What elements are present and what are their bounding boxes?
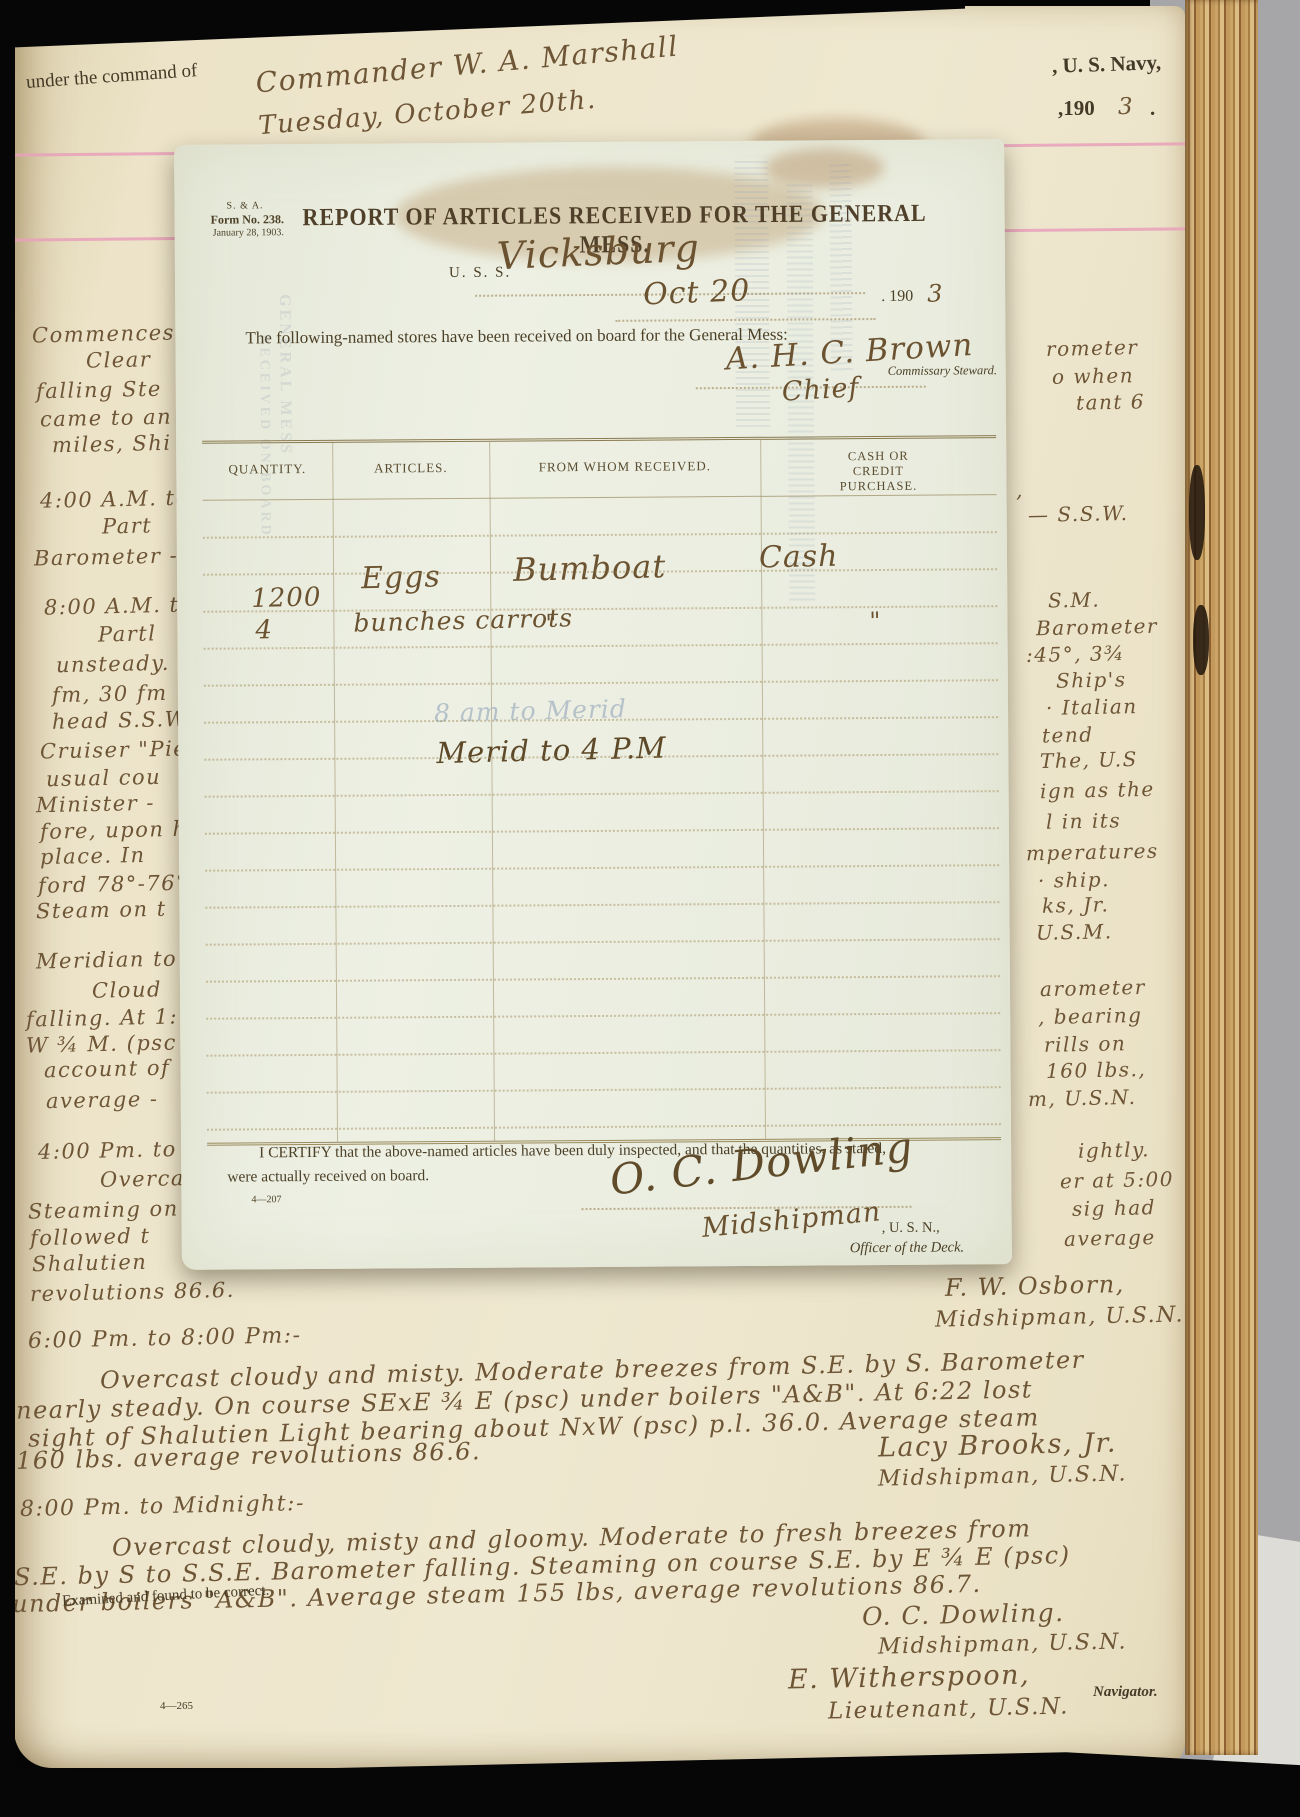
signature-witherspoon: E. Witherspoon, — [788, 1659, 1031, 1695]
handwriting-fragment: revolutions 86.6. — [30, 1278, 235, 1306]
edge-stain — [1193, 605, 1209, 675]
table-row-line — [206, 1049, 1000, 1057]
col-header-from-whom: FROM WHOM RECEIVED. — [489, 458, 760, 476]
handwriting-fragment: Cloud — [92, 977, 162, 1002]
handwriting-fragment: followed t — [30, 1224, 151, 1251]
steward-title-printed: Commissary Steward. — [888, 363, 997, 379]
handwriting-fragment: usual cou — [46, 765, 162, 791]
logbook-photo: under the command of Commander W. A. Mar… — [0, 0, 1300, 1817]
steward-rank-handwritten: Chief — [781, 372, 860, 408]
handwriting-fragment: Cruiser "Pie — [40, 736, 188, 763]
handwriting-fragment: Ship's — [1056, 667, 1127, 692]
form-id-sa: S. & A. — [226, 200, 263, 211]
table-body: 1200 Eggs Bumboat Cash 4 bunches carrots… — [203, 494, 1001, 1143]
handwriting-fragment: ign as the — [1040, 777, 1155, 803]
handwriting-fragment: U.S.M. — [1036, 919, 1113, 945]
printed-us-navy: , U. S. Navy, — [1052, 50, 1162, 79]
general-mess-report-form: GENERAL MESS RECEIVED ON BOARD S. & A. F… — [174, 139, 1012, 1270]
officer-rank-handwritten: Midshipman — [701, 1196, 883, 1244]
handwriting-fragment: sig had — [1072, 1195, 1156, 1221]
table-row-line — [204, 679, 998, 687]
photo-edge-left — [0, 0, 15, 1817]
signature-dowling-rank: Midshipman, U.S.N. — [878, 1629, 1127, 1659]
handwriting-fragment: — S.S.W. — [1028, 501, 1129, 527]
handwriting-fragment: Minister - — [36, 791, 155, 817]
handwriting-fragment: Clear — [86, 347, 152, 372]
handwriting-fragment: W ¾ M. (psc — [26, 1030, 177, 1057]
signature-osborn: F. W. Osborn, — [945, 1270, 1125, 1302]
handwriting-fragment: , bearing — [1038, 1003, 1143, 1029]
ink-note-merid: Merid to 4 P.M — [436, 730, 667, 770]
signature-witherspoon-rank: Lieutenant, U.S.N. — [828, 1693, 1069, 1724]
handwriting-fragment: tend — [1042, 722, 1094, 747]
handwriting-fragment: falling. At 1: — [26, 1004, 179, 1031]
officer-title-printed: Officer of the Deck. — [850, 1239, 964, 1257]
handwriting-fragment: Meridian to — [36, 947, 178, 974]
certify-line-2: were actually received on board. — [227, 1167, 429, 1186]
signature-osborn-rank: Midshipman, U.S.N. — [935, 1302, 1184, 1332]
cell-from-2-ditto: " — [545, 609, 558, 637]
table-row-line — [206, 975, 1000, 983]
handwriting-fragment: ks, Jr. — [1042, 892, 1110, 917]
year-digit-handwritten: 3 — [1118, 94, 1135, 120]
handwriting-fragment: rometer — [1046, 335, 1139, 361]
handwriting-fragment: · ship. — [1038, 867, 1110, 893]
handwriting-fragment: Barometer — [1036, 614, 1158, 641]
handwriting-fragment: tant 6 — [1076, 389, 1145, 414]
printed-year-period: . — [1150, 96, 1155, 121]
pencil-note: 8 am to Merid — [434, 694, 627, 728]
handwriting-fragment: falling Ste — [36, 377, 162, 404]
handwriting-fragment: Steaming on — [28, 1196, 179, 1223]
form-date-year-digit: 3 — [927, 279, 944, 307]
cell-payment-2-ditto: " — [869, 607, 882, 635]
handwriting-fragment: rills on — [1044, 1031, 1127, 1057]
table-row-line — [207, 1086, 1001, 1094]
handwriting-fragment: unsteady. — [56, 651, 170, 677]
handwriting-fragment: miles, Shi — [52, 431, 172, 457]
handwriting-fragment: fm, 30 fm — [52, 681, 168, 707]
col-header-quantity: QUANTITY. — [202, 461, 332, 478]
ship-name-handwritten: Vicksburg — [496, 226, 701, 278]
bleed-through-word: GENERAL MESS — [275, 294, 294, 456]
form-date-handwritten: Oct 20 — [642, 273, 751, 312]
handwriting-fragment: Overca — [100, 1166, 185, 1192]
handwriting-fragment: Steam on t — [36, 897, 167, 924]
form-footer-number: 4—207 — [251, 1194, 281, 1205]
table-row-line — [204, 642, 998, 650]
printed-navigator-label: Navigator. — [1093, 1684, 1158, 1701]
handwriting-fragment: · Italian — [1046, 694, 1138, 720]
form-stain — [764, 148, 884, 189]
handwriting-fragment: mperatures — [1026, 839, 1159, 866]
table-row-line — [205, 864, 999, 872]
signature-brooks-rank: Midshipman, U.S.N. — [878, 1461, 1127, 1491]
handwriting-fragment: , — [1016, 478, 1024, 502]
handwriting-fragment: came to an — [40, 405, 173, 432]
officer-usn-printed: , U. S. N., — [882, 1220, 940, 1237]
handwriting-fragment: average - — [46, 1087, 159, 1113]
handwriting-fragment: m, U.S.N. — [1028, 1085, 1137, 1111]
cell-quantity-2: 4 — [255, 615, 273, 645]
table-header-row: QUANTITY. ARTICLES. FROM WHOM RECEIVED. … — [202, 438, 996, 501]
articles-table: QUANTITY. ARTICLES. FROM WHOM RECEIVED. … — [202, 435, 1001, 1146]
handwriting-fragment: Commences — [32, 321, 175, 348]
handwriting-fragment: o when — [1052, 363, 1135, 389]
handwriting-fragment: average — [1064, 1225, 1156, 1251]
handwriting-fragment: The, U.S — [1040, 747, 1138, 773]
handwriting-fragment: arometer — [1040, 975, 1146, 1001]
handwriting-fragment: er at 5:00 — [1060, 1167, 1174, 1193]
cell-article-1: Eggs — [361, 559, 442, 596]
table-row-line — [205, 790, 999, 798]
form-id-number: Form No. 238. — [211, 212, 284, 228]
handwriting-fragment: Shalutien — [32, 1250, 148, 1276]
handwriting-fragment: ightly. — [1078, 1137, 1151, 1163]
table-row-line — [203, 531, 997, 539]
signature-brooks: Lacy Brooks, Jr. — [878, 1428, 1118, 1464]
printed-year-prefix: ,190 — [1058, 96, 1095, 121]
handwriting-fragment: 8:00 A.M. to — [44, 592, 194, 619]
book-fore-edge — [1185, 0, 1258, 1755]
handwriting-fragment: Part — [102, 513, 153, 538]
handwriting-fragment: S.M. — [1048, 587, 1101, 612]
col-header-cash-credit: CASH OR CREDIT PURCHASE. — [823, 449, 933, 495]
edge-stain — [1189, 465, 1205, 560]
table-row-line — [206, 1012, 1000, 1020]
handwriting-fragment: l in its — [1046, 808, 1122, 834]
table-row-line — [206, 938, 1000, 946]
table-row-line — [205, 827, 999, 835]
printed-page-form-number: 4—265 — [160, 1700, 193, 1712]
table-row-line — [205, 901, 999, 909]
handwriting-fragment: :45°, 3¾ — [1026, 641, 1125, 667]
col-header-articles: ARTICLES. — [332, 460, 489, 477]
handwriting-fragment: account of — [44, 1056, 171, 1083]
handwriting-fragment: 160 lbs., — [1046, 1057, 1147, 1083]
cell-from-1: Bumboat — [513, 547, 667, 589]
handwriting-fragment: place. In — [40, 843, 146, 869]
form-intro-sentence: The following-named stores have been rec… — [245, 325, 788, 349]
handwriting-fragment: Partl — [98, 621, 157, 646]
form-date-printed: . 190 — [881, 288, 913, 306]
handwriting-fragment: Barometer - — [34, 543, 179, 570]
form-id-date: January 28, 1903. — [213, 227, 284, 238]
signature-dowling-bottom: O. C. Dowling. — [862, 1598, 1065, 1631]
